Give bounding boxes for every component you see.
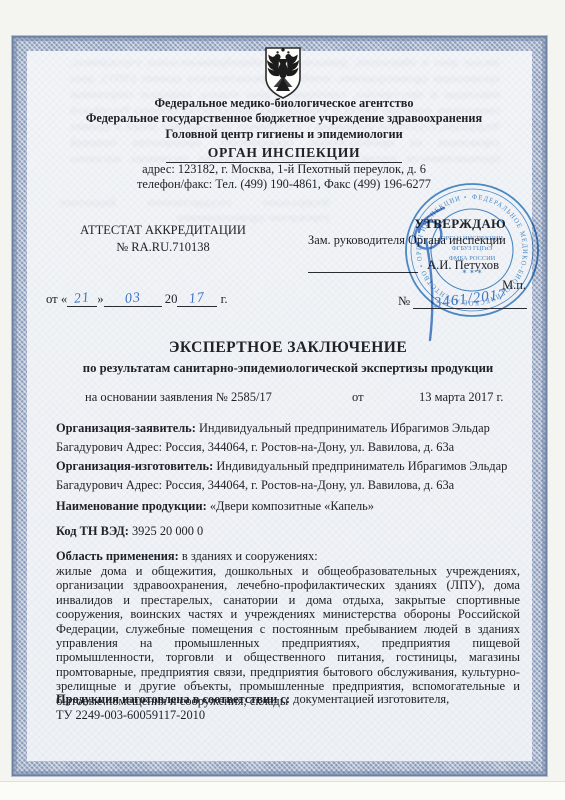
basis-from: от [352,390,364,405]
field-tnved-value: 3925 20 000 0 [132,524,203,538]
handwritten-month: 03 [124,290,142,308]
accreditation-title: АТТЕСТАТ АККРЕДИТАЦИИ [62,222,264,239]
agency-line-2: Федеральное государственное бюджетное уч… [38,111,530,126]
field-scope-details: жилые дома и общежития, дошкольных и общ… [56,564,520,708]
org-address: адрес: 123182, г. Москва, 1-й Пехотный п… [38,162,530,177]
field-scope-value: в зданиях и сооружениях: [182,549,318,563]
number-label: № [398,294,410,308]
accreditation-block: АТТЕСТАТ АККРЕДИТАЦИИ № RA.RU.710138 [62,222,264,255]
date-line: от «21»03 2017 г. [46,291,228,307]
field-scope-label: Область применения: [56,549,179,563]
org-title-row: ОРГАН ИНСПЕКЦИИ [38,144,530,163]
date-century: 20 [165,292,178,306]
field-compliance-label: Продукция изготовлена в соответствии с: [56,692,290,706]
field-product-value: «Двери композитные «Капель» [210,499,374,513]
basis-date: 13 марта 2017 г. [419,390,503,405]
field-manufacturer-label: Организация-изготовитель: [56,459,213,473]
accreditation-number: № RA.RU.710138 [62,239,264,256]
handwritten-year: 17 [189,290,207,308]
field-compliance-value: документацией изготовителя, [293,692,449,706]
number-line: № 3461/2017 [398,293,527,309]
field-tnved-code: Код ТН ВЭД: 3925 20 000 0 [56,522,520,541]
scan-bottom-edge [0,782,565,800]
agency-line-3: Головной центр гигиены и эпидемиологии [38,127,530,142]
date-prefix: от « [46,292,67,306]
date-suffix: г. [221,292,228,306]
field-tnved-label: Код ТН ВЭД: [56,524,129,538]
document-title: ЭКСПЕРТНОЕ ЗАКЛЮЧЕНИЕ [38,339,538,357]
field-compliance-tu: ТУ 2249-003-60059117-2010 [56,708,205,722]
field-applicant-label: Организация-заявитель: [56,421,196,435]
basis-row: на основании заявления № 2585/17 от 13 м… [56,390,520,408]
field-manufacturer: Организация-изготовитель: Индивидуальный… [56,457,520,495]
org-title: ОРГАН ИНСПЕКЦИИ [166,145,403,163]
handwritten-day: 21 [73,290,91,308]
handwritten-signature [386,196,476,346]
field-product-label: Наименование продукции: [56,499,207,513]
field-compliance: Продукция изготовлена в соответствии с: … [56,692,520,723]
coat-of-arms-icon [261,45,305,102]
field-applicant: Организация-заявитель: Индивидуальный пр… [56,419,520,457]
header-block: Федеральное медико-биологическое агентст… [38,96,530,142]
field-product-name: Наименование продукции: «Двери композитн… [56,497,520,516]
document-subtitle: по результатам санитарно-эпидемиологичес… [38,361,538,376]
basis-application: на основании заявления № 2585/17 [85,390,272,405]
agency-line-1: Федеральное медико-биологическое агентст… [38,96,530,111]
scanned-document: жилые дома и общежития, дошкольных и общ… [0,0,565,800]
